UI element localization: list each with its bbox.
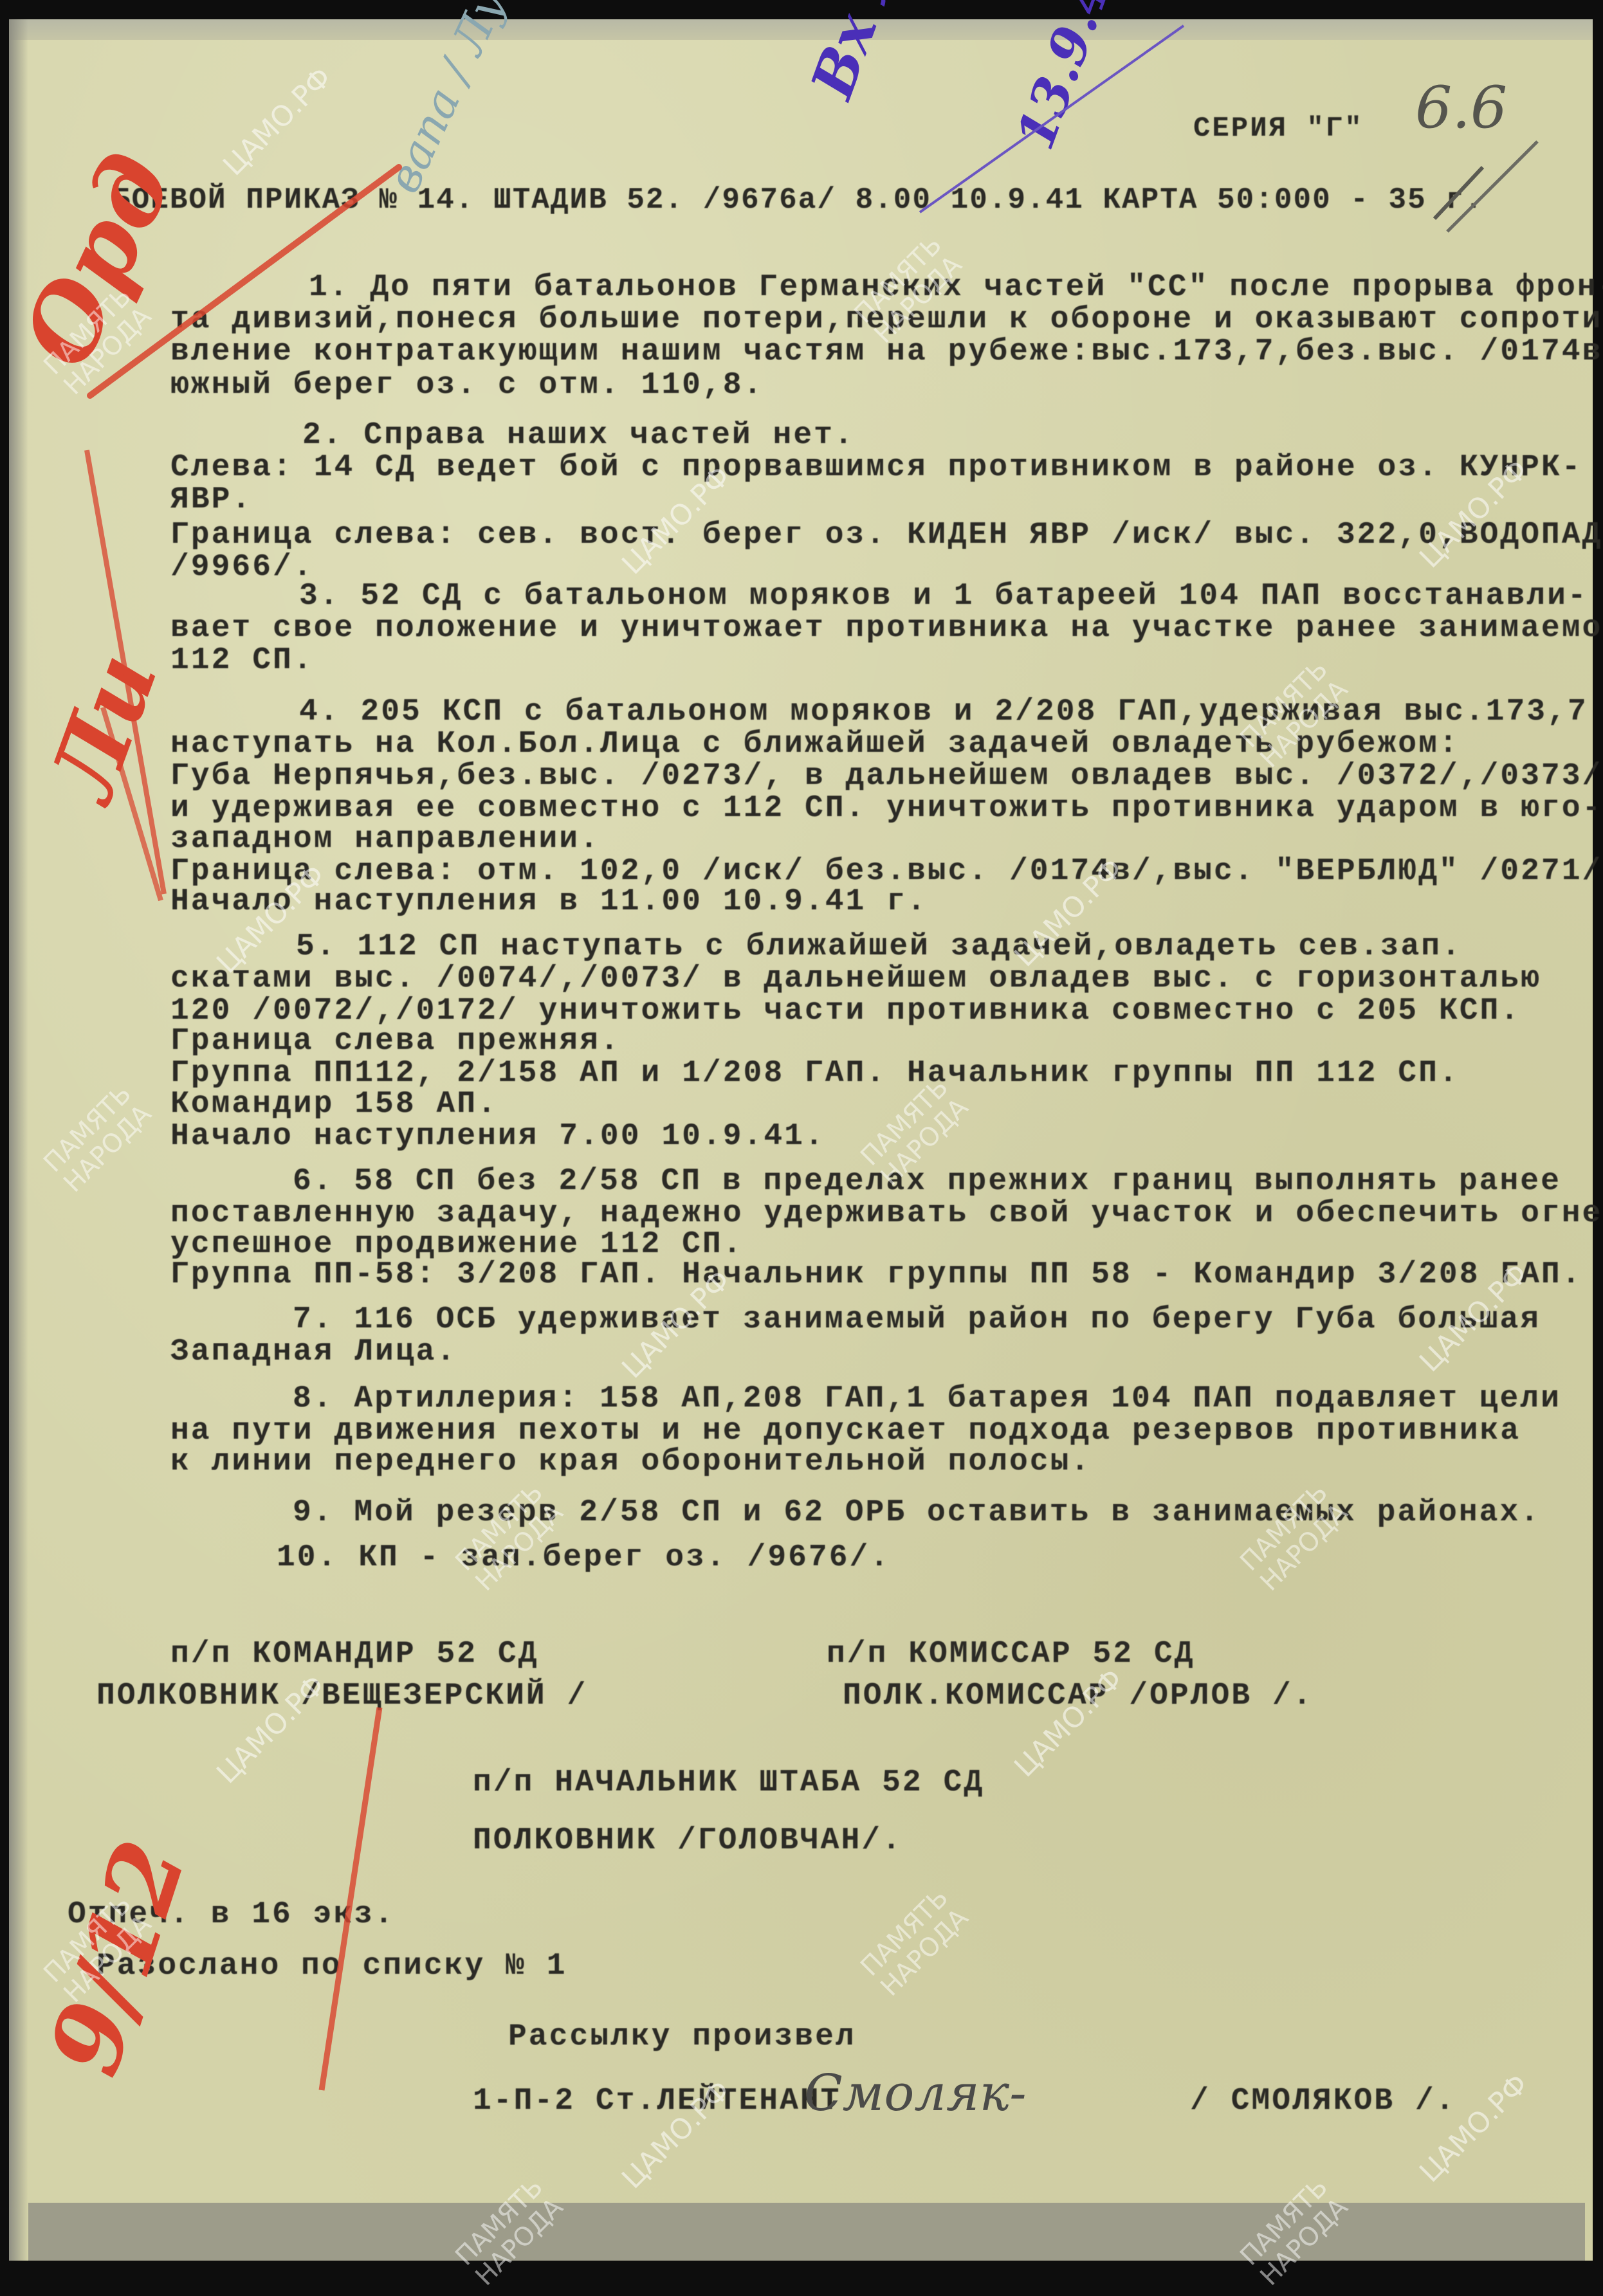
text-line: 7. 116 ОСБ удерживает занимаемый район п… [293, 1302, 1541, 1337]
text-line: Слева: 14 СД ведет бой с прорвавшимся пр… [170, 450, 1582, 485]
scan-left-edge [9, 19, 28, 2261]
text-line: южный берег оз. с отм. 110,8. [170, 368, 764, 403]
scan-top-edge [9, 19, 1593, 40]
text-line: ЯВР. [170, 482, 252, 517]
text-line: /9966/. [170, 550, 314, 585]
text-line: Граница слева: сев. вост. берег оз. КИДЕ… [170, 518, 1602, 552]
text-line: и удерживая ее совместно с 112 СП. уничт… [170, 791, 1602, 826]
text-line: скатами выс. /0074/,/0073/ в дальнейшем … [170, 961, 1541, 996]
paragraph-10: 10. КП - зап.берег оз. /9676/. [277, 1540, 890, 1575]
order-title: БОЕВОЙ ПРИКАЗ № 14. ШТАДИВ 52. /9676а/ 8… [113, 183, 1484, 217]
text-line: Командир 158 АП. [170, 1087, 498, 1122]
pencil-note-top: 6.6 [1415, 74, 1507, 141]
text-line: к линии переднего края оборонительной по… [170, 1444, 1091, 1479]
commissar-title: п/п КОМИССАР 52 СД [827, 1637, 1195, 1672]
officer-name: / СМОЛЯКОВ /. [1190, 2084, 1456, 2118]
text-line: вает свое положение и уничтожает противн… [170, 611, 1603, 646]
mailing-by-label: Рассылку произвел [508, 2019, 856, 2054]
text-line: успешное продвижение 112 СП. [170, 1227, 744, 1262]
chief-of-staff-title: п/п НАЧАЛЬНИК ШТАБА 52 СД [473, 1765, 984, 1800]
series-label: СЕРИЯ "Г" [1193, 113, 1364, 145]
text-line: 3. 52 СД с батальоном моряков и 1 батаре… [299, 579, 1588, 614]
commander-title: п/п КОМАНДИР 52 СД [170, 1637, 538, 1672]
text-line: 112 СП. [170, 643, 314, 678]
text-line: 6. 58 СП без 2/58 СП в пределах прежних … [293, 1164, 1561, 1199]
text-line: поставленную задачу, надежно удерживать … [170, 1196, 1603, 1231]
text-line: 2. Справа наших частей нет. [302, 418, 855, 453]
commander-name: ПОЛКОВНИК /ВЕЩЕЗЕРСКИЙ / [96, 1679, 587, 1713]
text-line: западном направлении. [170, 822, 600, 857]
text-line: Западная Лица. [170, 1335, 457, 1369]
text-line: 5. 112 СП наступать с ближайшей задачей,… [296, 929, 1462, 964]
handwritten-signature: Смоляк- [804, 2064, 1027, 2122]
text-line: 120 /0072/,/0172/ уничтожить части проти… [170, 994, 1521, 1028]
text-line: Граница слева: отм. 102,0 /иск/ без.выс.… [170, 854, 1603, 889]
text-line: Граница слева прежняя. [170, 1024, 621, 1059]
text-line: 4. 205 КСП с батальоном моряков и 2/208 … [299, 695, 1588, 729]
text-line: 8. Артиллерия: 158 АП,208 ГАП,1 батарея … [293, 1381, 1561, 1416]
text-line: Группа ПП-58: 3/208 ГАП. Начальник групп… [170, 1257, 1582, 1292]
text-line: на пути движения пехоты и не допускает п… [170, 1414, 1521, 1448]
text-line: Начало наступления 7.00 10.9.41. [170, 1119, 825, 1154]
text-line: Группа ПП112, 2/158 АП и 1/208 ГАП. Нача… [170, 1056, 1460, 1091]
officer-rank: 1-П-2 Ст.ЛЕЙТЕНАНТ [473, 2084, 841, 2118]
text-line: Губа Нерпячья,без.выс. /0273/, в дальней… [170, 759, 1602, 794]
chief-of-staff-name: ПОЛКОВНИК /ГОЛОВЧАН/. [473, 1823, 902, 1858]
